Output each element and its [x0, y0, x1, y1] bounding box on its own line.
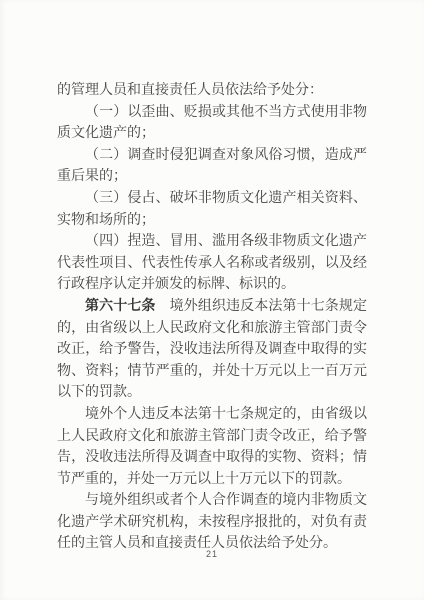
paragraph: （三）侵占、破坏非物质文化遗产相关资料、实物和场所的； [57, 188, 367, 231]
paragraph: （二）调查时侵犯调查对象风俗习惯，造成严重后果的； [57, 145, 367, 188]
paragraph: 第六十七条 境外组织违反本法第十七条规定的，由省级以上人民政府文化和旅游主管部门… [57, 296, 367, 404]
scanned-document-page: 的管理人员和直接责任人员依法给予处分：（一）以歪曲、贬损或其他不当方式使用非物质… [0, 0, 424, 600]
paragraph: （四）捏造、冒用、滥用各级非物质文化遗产代表性项目、代表性传承人名称或者级别，以… [57, 231, 367, 296]
paragraph: （一）以歪曲、贬损或其他不当方式使用非物质文化遗产的； [57, 102, 367, 145]
paragraph: 境外个人违反本法第十七条规定的，由省级以上人民政府文化和旅游主管部门责令改正，给… [57, 404, 367, 490]
page-number: 21 [0, 549, 424, 559]
paragraph: 的管理人员和直接责任人员依法给予处分： [57, 80, 367, 102]
paragraph: 与境外组织或者个人合作调查的境内非物质文化遗产学术研究机构，未按程序报批的，对负… [57, 490, 367, 555]
article-number: 第六十七条 [85, 299, 156, 314]
document-body: 的管理人员和直接责任人员依法给予处分：（一）以歪曲、贬损或其他不当方式使用非物质… [57, 80, 367, 555]
